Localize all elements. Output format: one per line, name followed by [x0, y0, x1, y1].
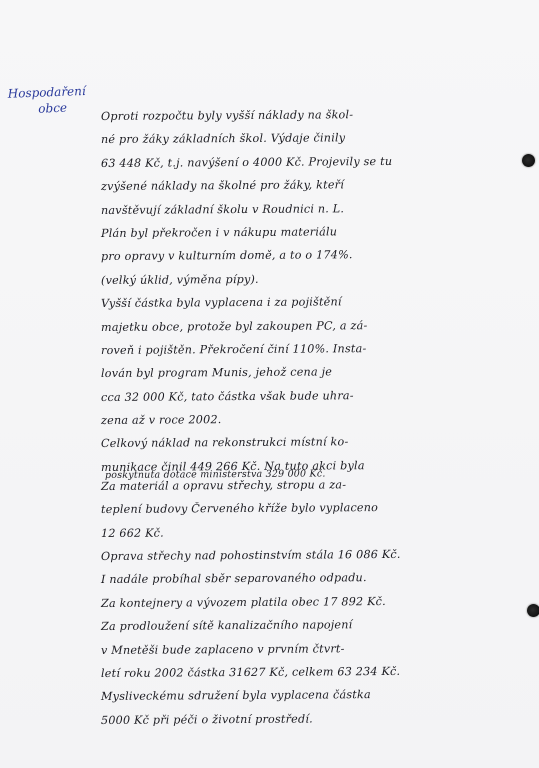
text-line: Oprava střechy nad pohostinstvím stála 1…: [101, 542, 511, 568]
punch-hole-icon: [522, 154, 535, 167]
text-line: teplení budovy Červeného kříže bylo vypl…: [101, 495, 511, 521]
text-line: Za prodloužení sítě kanalizačního napoje…: [101, 612, 511, 638]
text-line: 12 662 Kč.: [101, 519, 511, 545]
text-line: navštěvují základní školu v Roudnici n. …: [101, 196, 511, 222]
text-line: Oproti rozpočtu byly vyšší náklady na šk…: [101, 102, 511, 128]
text-line: Plán byl překročen i v nákupu materiálu: [101, 219, 511, 245]
text-line: zena až v roce 2002.: [101, 406, 511, 432]
text-line: Za kontejnery a vývozem platila obec 17 …: [101, 589, 511, 615]
text-line: Mysliveckému sdružení byla vyplacena čás…: [101, 683, 511, 709]
text-line: lován byl program Munis, jehož cena je: [101, 359, 511, 385]
text-line: 5000 Kč při péči o životní prostředí.: [101, 706, 511, 732]
text-line: (velký úklid, výměna pípy).: [101, 266, 511, 292]
margin-heading: Hospodaření obce: [7, 82, 108, 117]
text-line: Vyšší částka byla vyplacena i za pojiště…: [101, 289, 511, 315]
text-line: v Mnetěši bude zaplaceno v prvním čtvrt-: [101, 636, 511, 662]
punch-hole-icon: [527, 604, 539, 617]
text-line: I nadále probíhal sběr separovaného odpa…: [101, 566, 511, 592]
text-line: Celkový náklad na rekonstrukci místní ko…: [101, 430, 511, 456]
text-line: letí roku 2002 částka 31627 Kč, celkem 6…: [101, 659, 511, 685]
text-line: né pro žáky základních škol. Výdaje čini…: [101, 126, 511, 152]
text-line: 63 448 Kč, t.j. navýšení o 4000 Kč. Proj…: [101, 149, 511, 175]
text-line: cca 32 000 Kč, tato částka však bude uhr…: [101, 383, 511, 409]
text-line: pro opravy v kulturním domě, a to o 174%…: [101, 242, 511, 268]
text-line: zvýšené náklady na školné pro žáky, kteř…: [101, 172, 511, 198]
text-line: majetku obce, protože byl zakoupen PC, a…: [101, 313, 511, 339]
handwritten-body: Oproti rozpočtu byly vyšší náklady na šk…: [101, 105, 511, 732]
text-line: roveň i pojištěn. Překročení činí 110%. …: [101, 336, 511, 362]
document-page: Hospodaření obce Oproti rozpočtu byly vy…: [0, 0, 539, 768]
